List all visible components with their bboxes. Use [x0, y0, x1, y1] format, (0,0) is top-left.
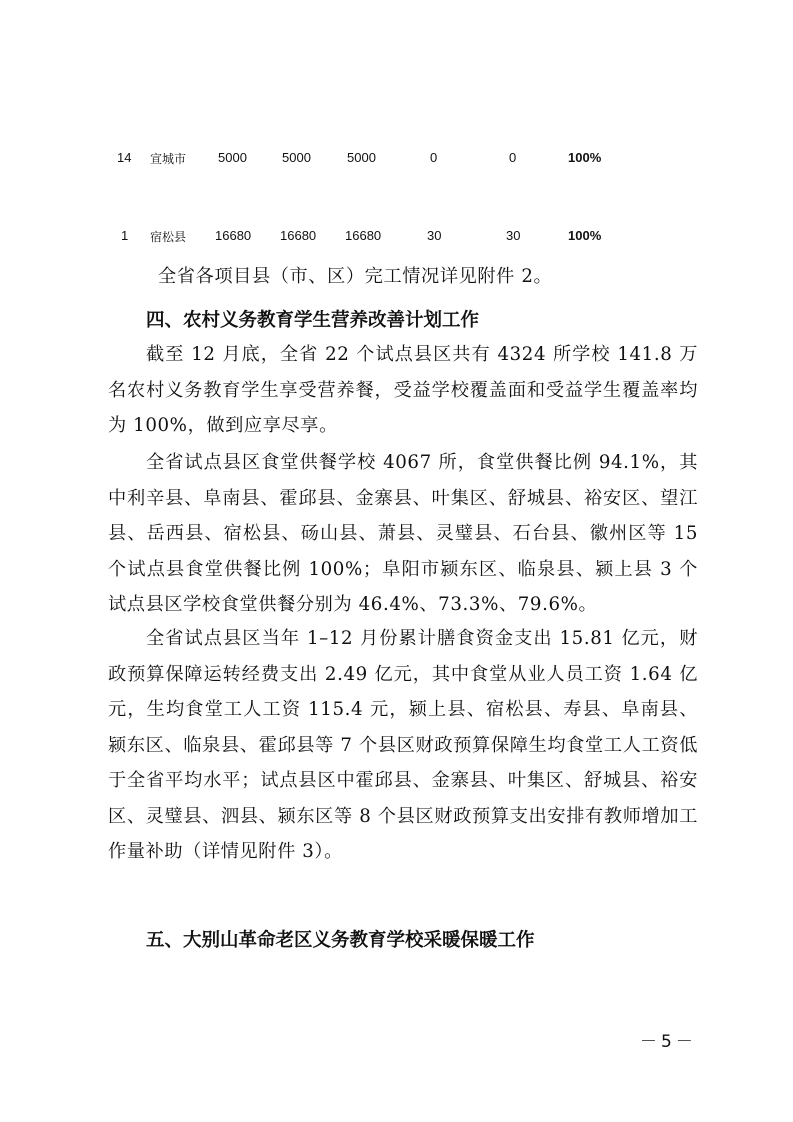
section-4-paragraph-3: 全省试点县区当年 1–12 月份累计膳食资金支出 15.81 亿元，财政预算保障…	[108, 621, 698, 870]
value-col4: 30	[427, 228, 441, 243]
value-col1: 5000	[218, 150, 247, 165]
value-col3: 16680	[345, 228, 381, 243]
value-col4: 0	[430, 150, 437, 165]
value-col2: 16680	[280, 228, 316, 243]
region-name: 宣城市	[150, 150, 186, 167]
completion-rate: 100%	[568, 228, 601, 243]
section-5-heading: 五、大别山革命老区义务教育学校采暖保暖工作	[146, 926, 535, 952]
section-4-paragraph-1: 截至 12 月底，全省 22 个试点县区共有 4324 所学校 141.8 万名…	[108, 337, 698, 444]
value-col5: 0	[509, 150, 516, 165]
row-index: 14	[117, 150, 131, 165]
table-row: 14 宣城市 5000 5000 5000 0 0 100%	[0, 150, 793, 174]
row-index: 1	[121, 228, 128, 243]
value-col3: 5000	[347, 150, 376, 165]
value-col1: 16680	[215, 228, 251, 243]
page-number: －5－	[640, 1027, 697, 1052]
completion-rate: 100%	[568, 150, 601, 165]
value-col2: 5000	[282, 150, 311, 165]
region-name: 宿松县	[150, 228, 186, 245]
table-row: 1 宿松县 16680 16680 16680 30 30 100%	[0, 228, 793, 252]
value-col5: 30	[506, 228, 520, 243]
section-4-paragraph-2: 全省试点县区食堂供餐学校 4067 所，食堂供餐比例 94.1%，其中利辛县、阜…	[108, 445, 698, 623]
completion-note: 全省各项目县（市、区）完工情况详见附件 2。	[108, 259, 698, 295]
section-4-heading: 四、农村义务教育学生营养改善计划工作	[146, 306, 479, 332]
